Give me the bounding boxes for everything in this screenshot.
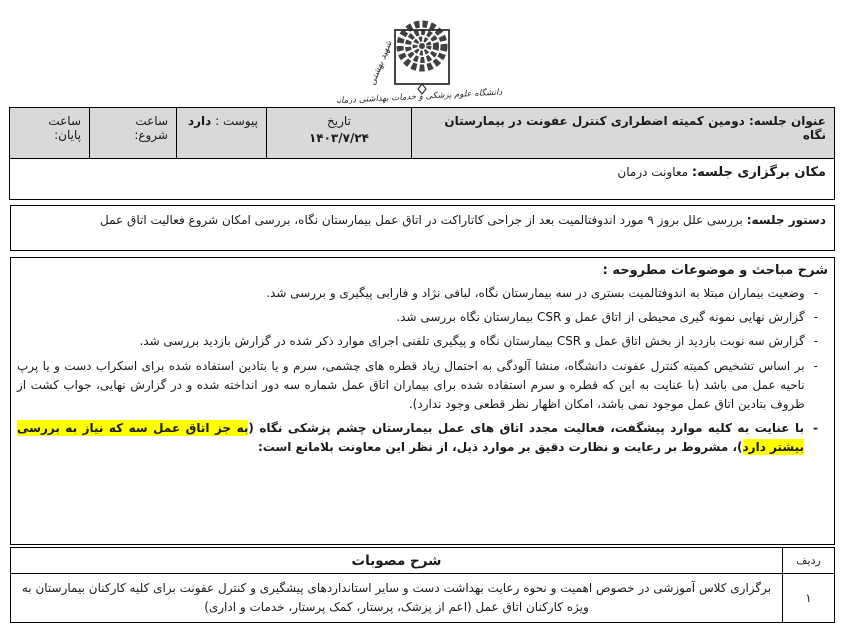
topic-item: - گزارش نهایی نمونه گیری محیطی از اتاق ع… <box>17 308 828 327</box>
date-value: ۱۴۰۳/۷/۲۴ <box>275 131 403 145</box>
agenda-text: بررسی علل بروز ۹ مورد اندوفتالمیت بعد از… <box>100 213 743 227</box>
end-time-label: ساعت پایان: <box>48 114 81 142</box>
meeting-title-cell: عنوان جلسه: دومین کمیته اضطراری کنترل عف… <box>412 108 835 159</box>
topics-box: شرح مباحث و موضوعات مطروحه : - وضعیت بیم… <box>10 257 835 545</box>
attachment-value: دارد <box>188 114 211 128</box>
date-cell: تاریخ ۱۴۰۳/۷/۲۴ <box>267 108 412 159</box>
location-cell: مکان برگزاری جلسه: معاونت درمان <box>10 159 835 200</box>
topic-item: - بر اساس تشخیص کمیته کنترل عفونت دانشگا… <box>17 357 828 415</box>
attachment-cell: پیوست : دارد <box>177 108 267 159</box>
university-logo-graphic: شهید بهشتی دانشگاه علوم پزشکی و خدمات به… <box>337 2 507 104</box>
bullet-dash: - <box>814 308 818 327</box>
location-label: مکان برگزاری جلسه: <box>692 165 826 180</box>
meeting-title-label: عنوان جلسه: <box>749 114 826 128</box>
topic-item-text: گزارش نهایی نمونه گیری محیطی از اتاق عمل… <box>17 308 805 327</box>
meeting-header-table: عنوان جلسه: دومین کمیته اضطراری کنترل عف… <box>9 107 835 200</box>
bullet-dash: - <box>814 284 818 303</box>
logo-caption-calligraphy: دانشگاه علوم پزشکی و خدمات بهداشتی درمان… <box>337 87 503 104</box>
end-time-cell: ساعت پایان: <box>10 108 90 159</box>
topic-item-text: گزارش سه نوبت بازدید از بخش اتاق عمل و C… <box>17 332 805 351</box>
highlighted-item-before: با عنایت به کلیه موارد پیشگفت، فعالیت مج… <box>248 421 804 435</box>
highlighted-item-after: )، مشروط بر رعایت و نظارت دقیق بر موارد … <box>258 440 743 454</box>
topic-item-text: با عنایت به کلیه موارد پیشگفت، فعالیت مج… <box>17 419 804 457</box>
start-time-cell: ساعت شروع: <box>90 108 177 159</box>
resolutions-table: ردیف شرح مصوبات ۱ برگزاری کلاس آموزشی در… <box>10 547 835 623</box>
document-page: شهید بهشتی دانشگاه علوم پزشکی و خدمات به… <box>0 0 843 630</box>
resolution-row-description: برگزاری کلاس آموزشی در خصوص اهمیت و نحوه… <box>11 574 783 623</box>
topic-item-text: وضعیت بیماران مبتلا به اندوفتالمیت بستری… <box>17 284 805 303</box>
resolutions-rownum-header: ردیف <box>783 548 835 574</box>
location-value: معاونت درمان <box>617 165 688 179</box>
date-label: تاریخ <box>327 114 351 128</box>
topics-heading: شرح مباحث و موضوعات مطروحه : <box>17 263 828 278</box>
agenda-label: دستور جلسه: <box>747 213 826 227</box>
topic-item-highlighted: - با عنایت به کلیه موارد پیشگفت، فعالیت … <box>17 419 828 457</box>
topic-item: - وضعیت بیماران مبتلا به اندوفتالمیت بست… <box>17 284 828 303</box>
start-time-label: ساعت شروع: <box>134 114 168 142</box>
bullet-dash: - <box>813 419 818 457</box>
logo-side-calligraphy: شهید بهشتی <box>367 39 394 87</box>
agenda-box: دستور جلسه: بررسی علل بروز ۹ مورد اندوفت… <box>10 205 835 251</box>
bullet-dash: - <box>814 357 818 415</box>
resolutions-description-header: شرح مصوبات <box>11 548 783 574</box>
topic-item: - گزارش سه نوبت بازدید از بخش اتاق عمل و… <box>17 332 828 351</box>
resolution-row: ۱ برگزاری کلاس آموزشی در خصوص اهمیت و نح… <box>11 574 835 623</box>
bullet-dash: - <box>814 332 818 351</box>
topic-item-text: بر اساس تشخیص کمیته کنترل عفونت دانشگاه،… <box>17 357 805 415</box>
resolution-row-number: ۱ <box>783 574 835 623</box>
university-logo: شهید بهشتی دانشگاه علوم پزشکی و خدمات به… <box>337 2 507 104</box>
attachment-label: پیوست : <box>215 114 258 128</box>
